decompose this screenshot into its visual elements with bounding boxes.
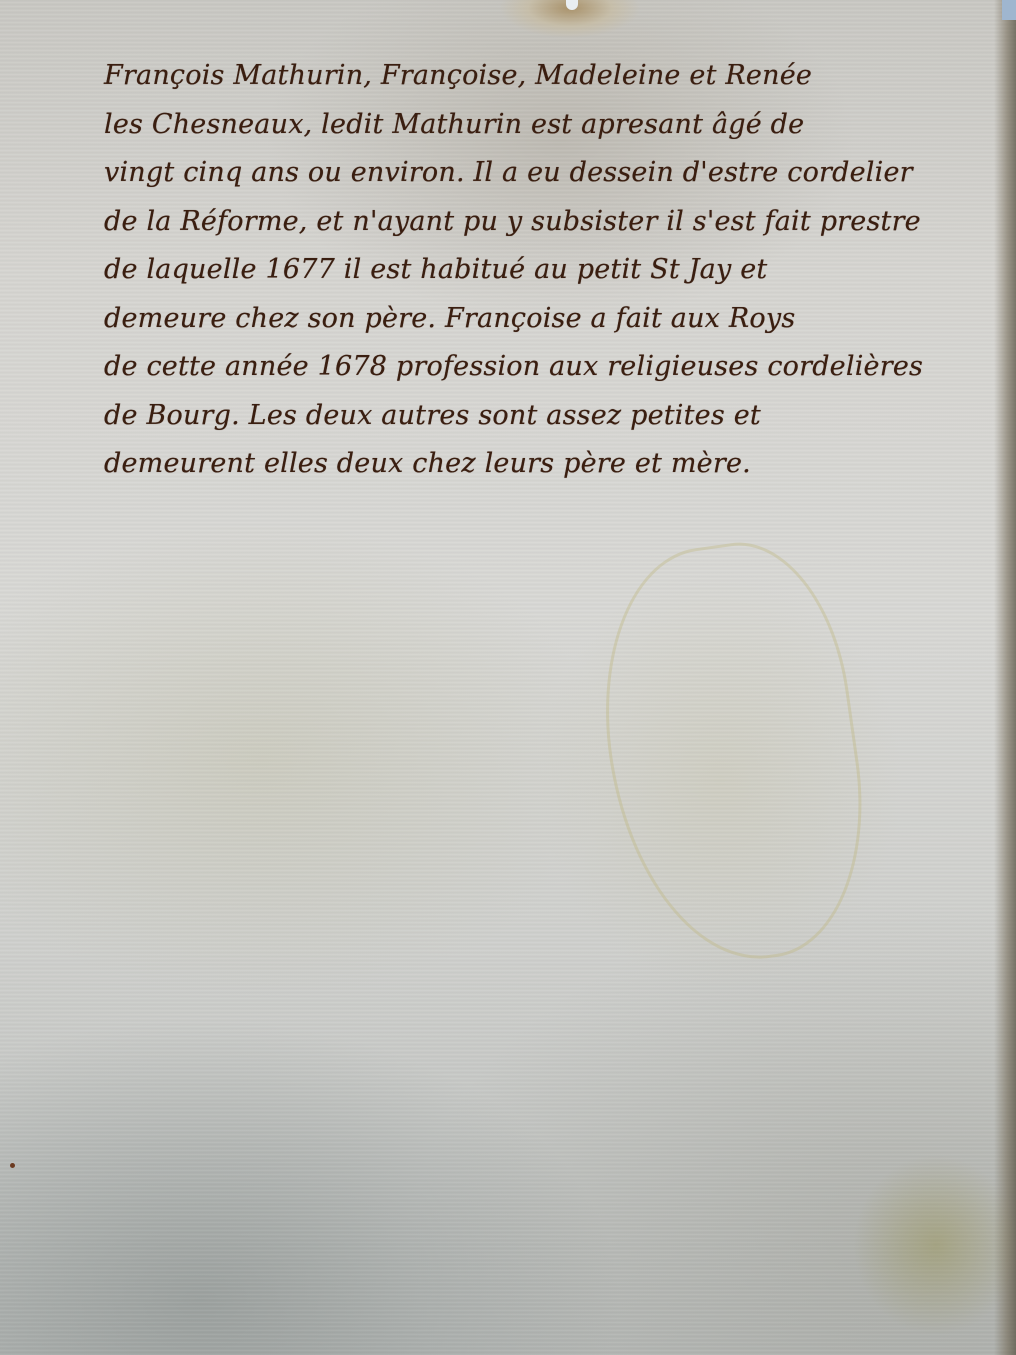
manuscript-page: François Mathurin, Françoise, Madeleine … <box>0 0 1016 1355</box>
manuscript-line-3: vingt cinq ans ou environ. Il a eu desse… <box>104 149 984 198</box>
water-stain <box>582 530 884 976</box>
manuscript-line-5: de laquelle 1677 il est habitué au petit… <box>104 246 984 295</box>
manuscript-line-1: François Mathurin, Françoise, Madeleine … <box>104 52 984 101</box>
manuscript-line-6: demeure chez son père. Françoise a fait … <box>104 295 984 344</box>
manuscript-line-8: de Bourg. Les deux autres sont assez pet… <box>104 392 984 441</box>
manuscript-line-2: les Chesneaux, ledit Mathurin est apresa… <box>104 101 984 150</box>
handwritten-text-block: François Mathurin, Françoise, Madeleine … <box>104 52 984 489</box>
background-corner <box>1002 0 1016 20</box>
corner-stain <box>816 1135 1016 1355</box>
ink-speck <box>10 1163 15 1168</box>
manuscript-line-7: de cette année 1678 profession aux relig… <box>104 343 984 392</box>
manuscript-line-9: demeurent elles deux chez leurs père et … <box>104 440 984 489</box>
manuscript-line-4: de la Réforme, et n'ayant pu y subsister… <box>104 198 984 247</box>
